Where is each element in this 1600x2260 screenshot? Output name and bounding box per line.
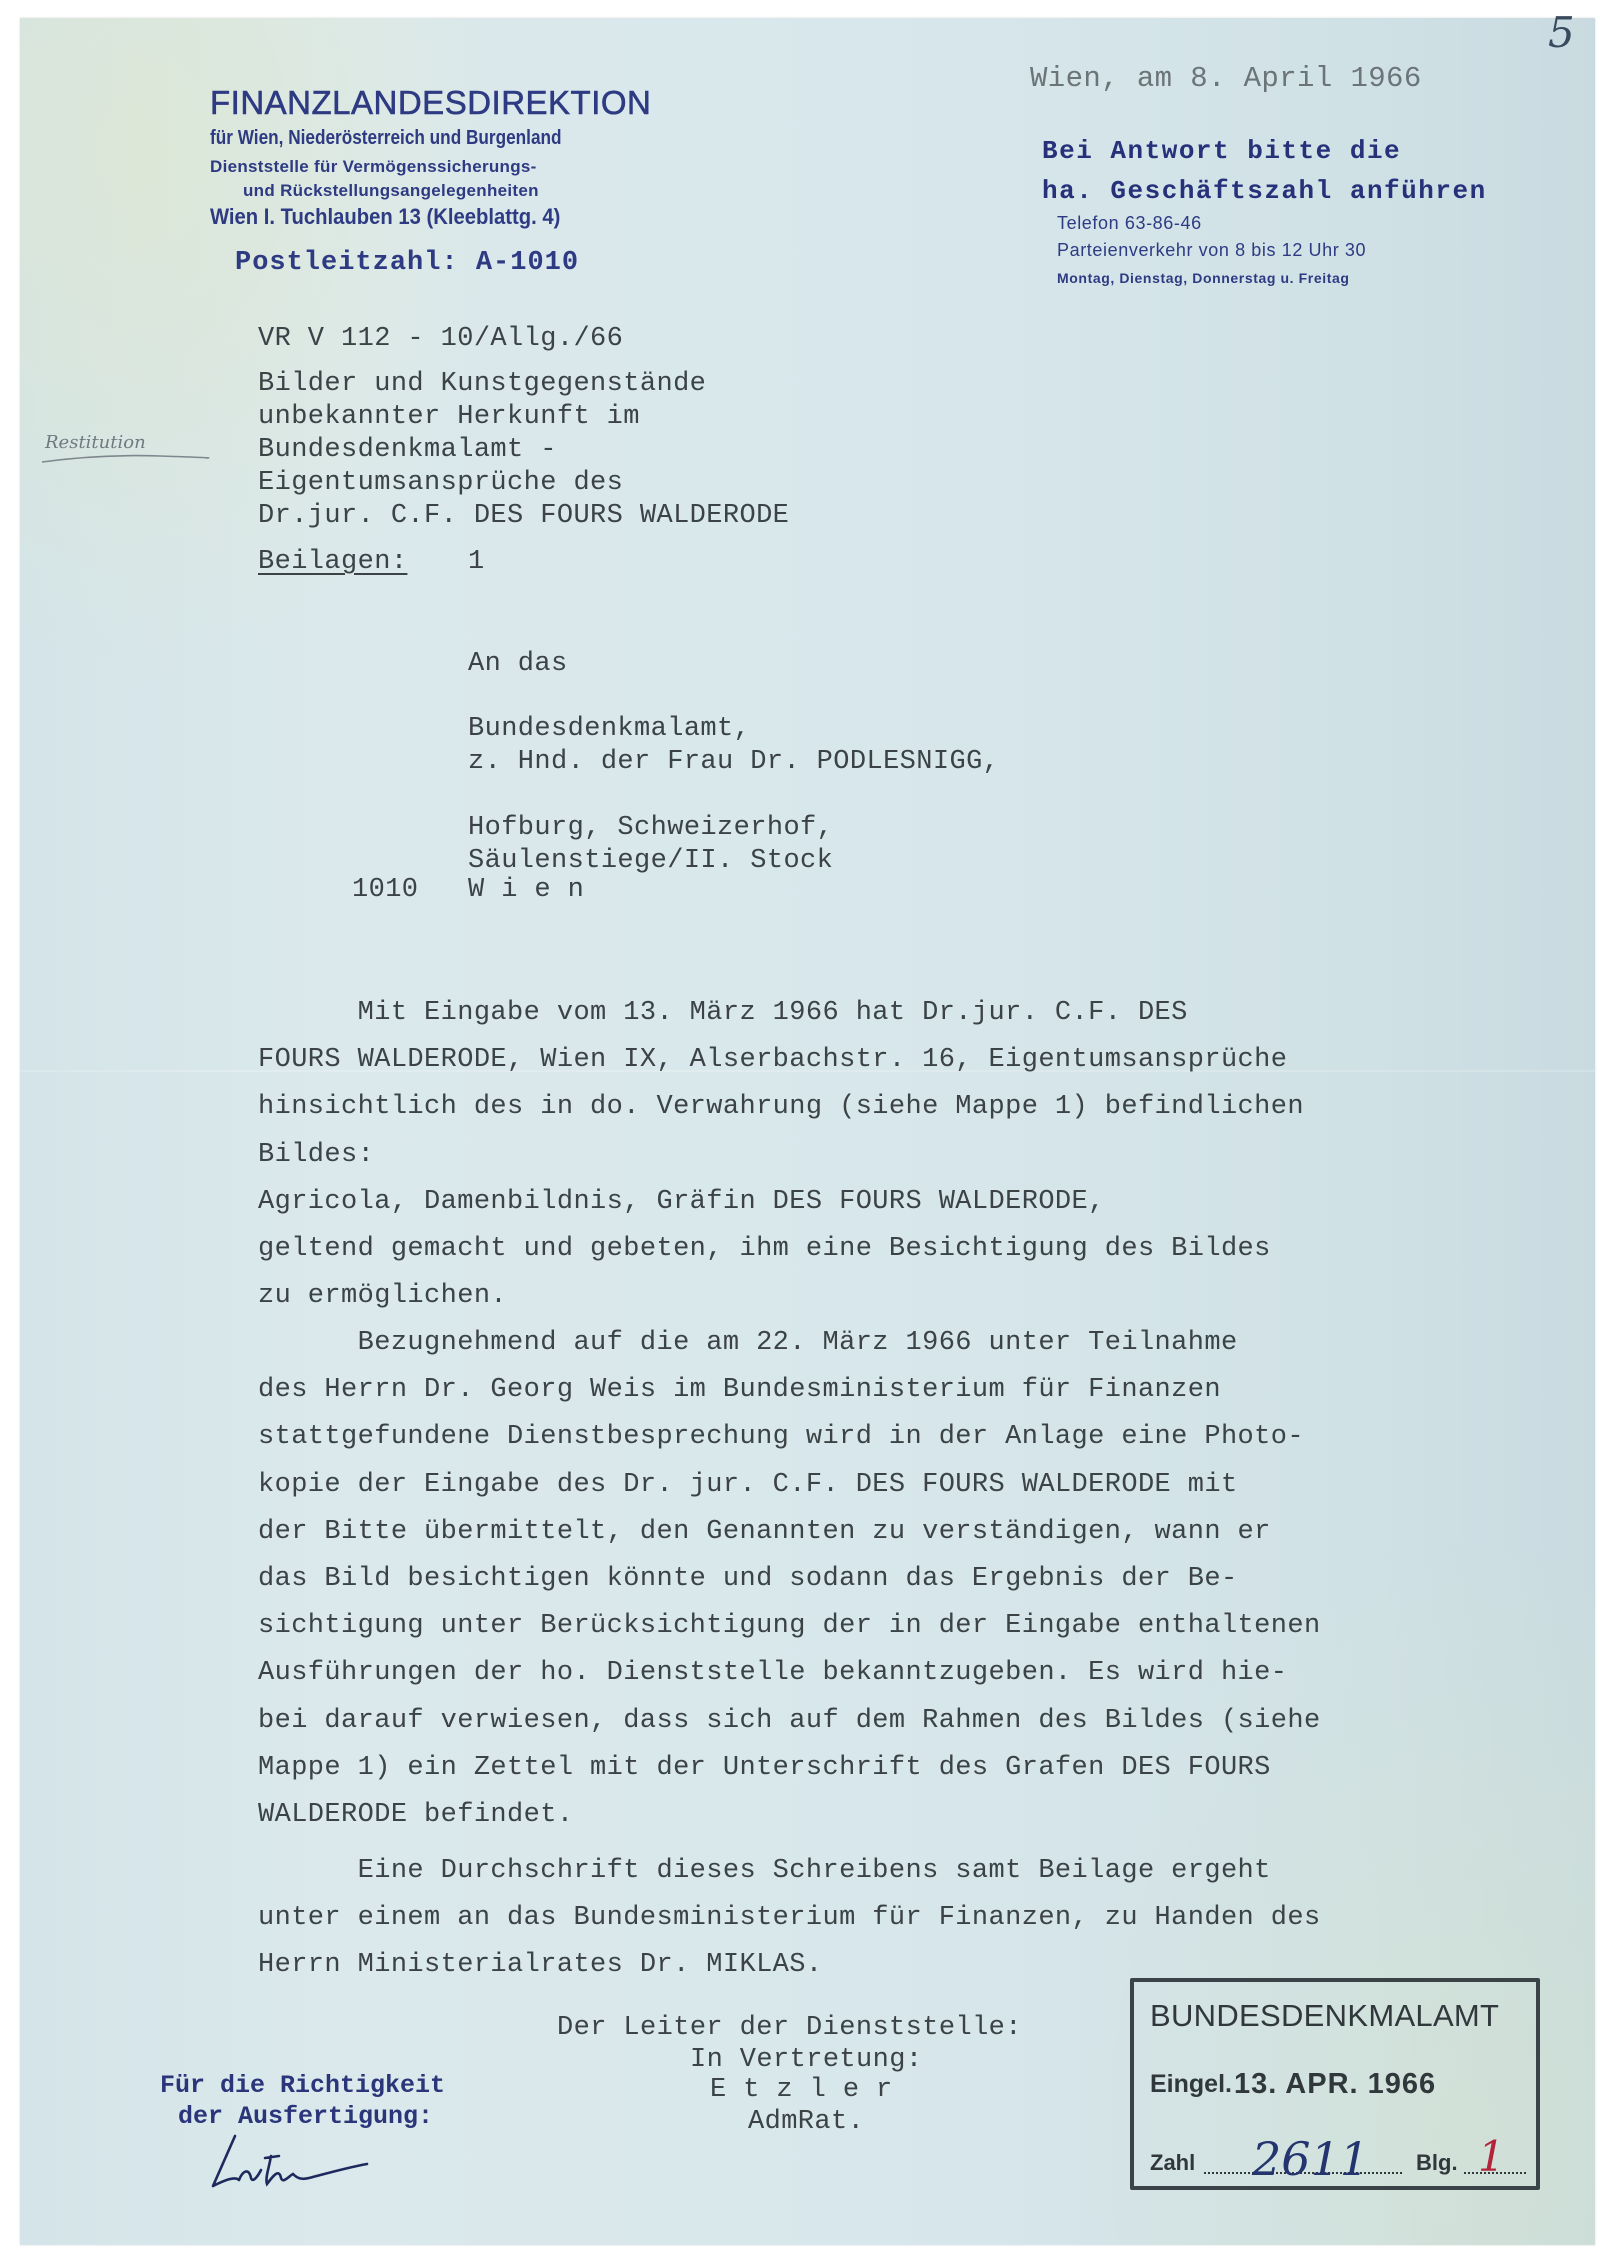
recipient-salutation: An das (468, 648, 568, 681)
body-line: sichtigung unter Berücksichtigung der in… (258, 1603, 1498, 1650)
body-line: hinsichtlich des in do. Verwahrung (sieh… (258, 1084, 1498, 1131)
margin-note-underline (40, 448, 210, 468)
body-paragraph-2: Bezugnehmend auf die am 22. März 1966 un… (258, 1320, 1498, 1839)
letterhead-region: für Wien, Niederösterreich und Burgenlan… (210, 128, 562, 148)
body-line: Mappe 1) ein Zettel mit der Unterschrift… (258, 1745, 1498, 1792)
letterhead-postcode: Postleitzahl: A-1010 (235, 250, 579, 277)
body-line: unter einem an das Bundesministerium für… (258, 1895, 1498, 1942)
file-number: VR V 112 - 10/Allg./66 (258, 323, 623, 356)
recipient-line-1: Bundesdenkmalamt, (468, 713, 750, 746)
body-line: Eine Durchschrift dieses Schreibens samt… (258, 1848, 1498, 1895)
body-line: stattgefundene Dienstbesprechung wird in… (258, 1414, 1498, 1461)
receipt-received-label: Eingel. (1150, 2070, 1232, 2099)
signature-name: E t z l e r (710, 2074, 893, 2107)
reply-instruction-2: ha. Geschäftszahl anführen (1042, 176, 1487, 206)
subject-line-2: unbekannter Herkunft im (258, 401, 640, 434)
office-hours: Parteienverkehr von 8 bis 12 Uhr 30 (1057, 240, 1366, 261)
body-line: bei darauf verwiesen, dass sich auf dem … (258, 1698, 1498, 1745)
enclosures-label: Beilagen: (258, 546, 407, 579)
body-line: Agricola, Damenbildnis, Gräfin DES FOURS… (258, 1179, 1498, 1226)
body-paragraph-3: Eine Durchschrift dieses Schreibens samt… (258, 1848, 1498, 1990)
reply-instruction-1: Bei Antwort bitte die (1042, 136, 1401, 166)
receipt-enclosures-value: 1 (1478, 2132, 1505, 2181)
body-line: Ausführungen der ho. Dienststelle bekann… (258, 1650, 1498, 1697)
body-line: kopie der Eingabe des Dr. jur. C.F. DES … (258, 1462, 1498, 1509)
subject-line-1: Bilder und Kunstgegenstände (258, 368, 706, 401)
body-line: Bildes: (258, 1132, 1498, 1179)
handwritten-signature (205, 2128, 375, 2193)
recipient-city: W i e n (468, 874, 584, 907)
letter-date: Wien, am 8. April 1966 (1030, 62, 1422, 95)
receipt-number-value: 2611 (1252, 2132, 1369, 2186)
letterhead-address: Wien I. Tuchlauben 13 (Kleeblattg. 4) (210, 206, 560, 228)
recipient-address-1: Hofburg, Schweizerhof, (468, 812, 833, 845)
signature-deputy: In Vertretung: (690, 2044, 922, 2077)
receipt-number-label: Zahl (1150, 2150, 1195, 2176)
office-days: Montag, Dienstag, Donnerstag u. Freitag (1057, 270, 1350, 286)
body-line: WALDERODE befindet. (258, 1792, 1498, 1839)
receipt-stamp: BUNDESDENKMALAMT Eingel. 13. APR. 1966 Z… (1130, 1978, 1540, 2190)
body-line: FOURS WALDERODE, Wien IX, Alserbachstr. … (258, 1037, 1498, 1084)
page-number-mark: 5 (1548, 8, 1575, 57)
body-line: Mit Eingabe vom 13. März 1966 hat Dr.jur… (258, 990, 1498, 1037)
receipt-enclosures-label: Blg. (1416, 2150, 1458, 2176)
enclosures-count: 1 (468, 546, 485, 579)
recipient-postcode: 1010 (352, 874, 418, 907)
receipt-received-date: 13. APR. 1966 (1234, 2068, 1436, 2101)
receipt-institution: BUNDESDENKMALAMT (1150, 1998, 1499, 2034)
certification-line-1: Für die Richtigkeit (160, 2070, 445, 2102)
signature-title: Der Leiter der Dienststelle: (557, 2012, 1022, 2045)
subject-line-4: Eigentumsansprüche des (258, 467, 623, 500)
body-line: geltend gemacht und gebeten, ihm eine Be… (258, 1226, 1498, 1273)
body-paragraph-1: Mit Eingabe vom 13. März 1966 hat Dr.jur… (258, 990, 1498, 1320)
subject-line-3: Bundesdenkmalamt - (258, 434, 557, 467)
letterhead-org: FINANZLANDESDIREKTION (210, 86, 651, 119)
body-line: das Bild besichtigen könnte und sodann d… (258, 1556, 1498, 1603)
body-line: zu ermöglichen. (258, 1273, 1498, 1320)
letterhead-office-2: und Rückstellungsangelegenheiten (243, 182, 539, 199)
body-line: der Bitte übermittelt, den Genannten zu … (258, 1509, 1498, 1556)
body-line: des Herrn Dr. Georg Weis im Bundesminist… (258, 1367, 1498, 1414)
signature-rank: AdmRat. (748, 2106, 864, 2139)
subject-line-5: Dr.jur. C.F. DES FOURS WALDERODE (258, 500, 789, 533)
letterhead-office-1: Dienststelle für Vermögenssicherungs- (210, 158, 537, 175)
body-line: Bezugnehmend auf die am 22. März 1966 un… (258, 1320, 1498, 1367)
phone-number: Telefon 63-86-46 (1057, 213, 1202, 234)
recipient-line-2: z. Hnd. der Frau Dr. PODLESNIGG, (468, 746, 999, 779)
